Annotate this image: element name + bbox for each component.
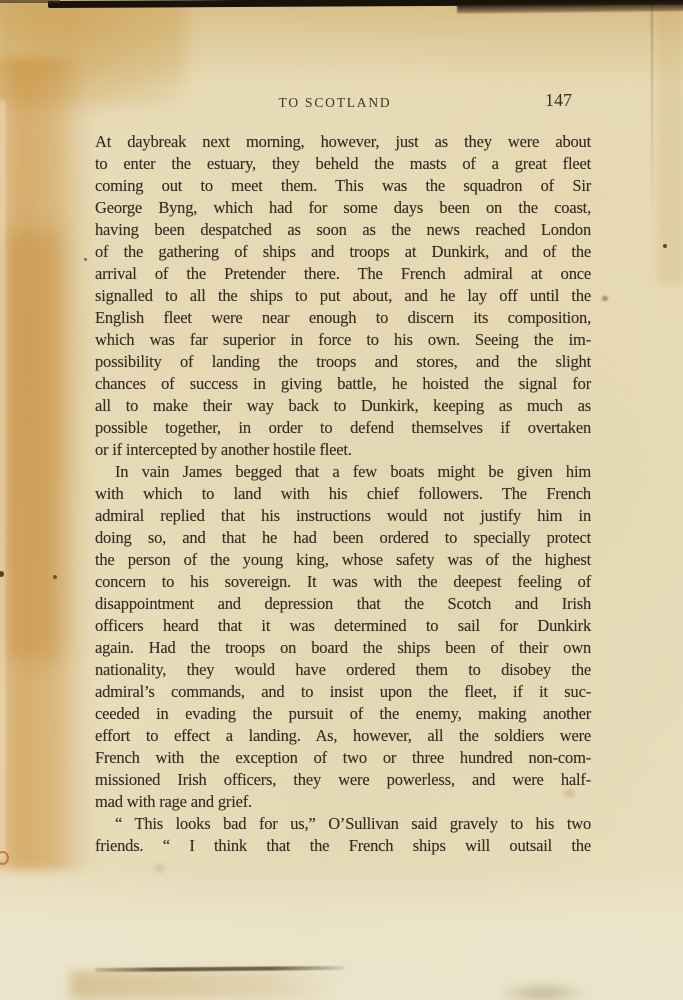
right-edge-tint	[657, 4, 683, 284]
text-line: coming out to meet them. This was the sq…	[95, 175, 591, 197]
text-line: or if intercepted by another hostile fle…	[95, 439, 591, 461]
text-line: French with the exception of two or thre…	[95, 747, 591, 769]
page-edge-line	[651, 5, 653, 220]
text-line: admiral replied that his instructions wo…	[95, 505, 591, 527]
aging-top-band	[0, 2, 683, 87]
text-line: concern to his sovereign. It was with th…	[95, 571, 591, 593]
bottom-right-smudge	[495, 982, 590, 1000]
text-line: chances of success in giving battle, he …	[95, 373, 591, 395]
paper-speck-ring	[0, 851, 9, 865]
top-black-strip	[48, 0, 683, 8]
bottom-page-edge-streak	[95, 966, 345, 972]
text-line: with which to land with his chief follow…	[95, 483, 591, 505]
text-line: admiral’s commands, and to insist upon t…	[95, 681, 591, 703]
text-line: missioned Irish officers, they were powe…	[95, 769, 591, 791]
page-header: TO SCOTLAND 147	[95, 92, 591, 114]
text-line: At daybreak next morning, however, just …	[95, 131, 591, 153]
paper-speck	[0, 571, 4, 577]
text-line: friends. “ I think that the French ships…	[95, 835, 591, 857]
paper-speck	[663, 244, 667, 248]
text-line: George Byng, which had for some days bee…	[95, 197, 591, 219]
text-line: arrival of the Pretender there. The Fren…	[95, 263, 591, 285]
aging-left-band-core	[2, 230, 62, 660]
running-title: TO SCOTLAND	[270, 92, 400, 114]
top-black-strip-left	[0, 0, 60, 3]
aging-top-left-corner-stain	[0, 0, 187, 107]
text-line: possible together, in order to defend th…	[95, 417, 591, 439]
text-line: English fleet were near enough to discer…	[95, 307, 591, 329]
page-number: 147	[545, 89, 572, 111]
text-line: doing so, and that he had been ordered t…	[95, 527, 591, 549]
text-line: which was far superior in force to his o…	[95, 329, 591, 351]
aging-left-band	[0, 58, 96, 870]
text-line: of the gathering of ships and troops at …	[95, 241, 591, 263]
text-line: possibility of landing the troops and st…	[95, 351, 591, 373]
text-line: ceeded in evading the pursuit of the ene…	[95, 703, 591, 725]
bottom-page-edge-shadow	[70, 971, 335, 999]
text-block: At daybreak next morning, however, just …	[95, 131, 591, 857]
text-line: signalled to all the ships to put about,…	[95, 285, 591, 307]
text-line: all to make their way back to Dunkirk, k…	[95, 395, 591, 417]
left-edge-highlight	[0, 100, 5, 860]
text-line: In vain James begged that a few boats mi…	[95, 461, 591, 483]
text-line: again. Had the troops on board the ships…	[95, 637, 591, 659]
paper-smudge	[152, 862, 166, 874]
text-line: “ This looks bad for us,” O’Sullivan sai…	[95, 813, 591, 835]
text-line: the person of the young king, whose safe…	[95, 549, 591, 571]
paper-speck	[84, 258, 87, 261]
top-black-strip-right	[457, 2, 683, 13]
paper-speck	[53, 575, 57, 579]
book-page-scan: TO SCOTLAND 147 At daybreak next morning…	[0, 0, 683, 1000]
text-line: having been despatched as soon as the ne…	[95, 219, 591, 241]
paper-speck	[602, 296, 608, 301]
text-line: mad with rage and grief.	[95, 791, 591, 813]
text-line: nationality, they would have ordered the…	[95, 659, 591, 681]
text-line: officers heard that it was determined to…	[95, 615, 591, 637]
text-line: disappointment and depression that the S…	[95, 593, 591, 615]
text-line: to enter the estuary, they beheld the ma…	[95, 153, 591, 175]
bottom-light-area	[0, 865, 683, 1000]
text-line: effort to effect a landing. As, however,…	[95, 725, 591, 747]
